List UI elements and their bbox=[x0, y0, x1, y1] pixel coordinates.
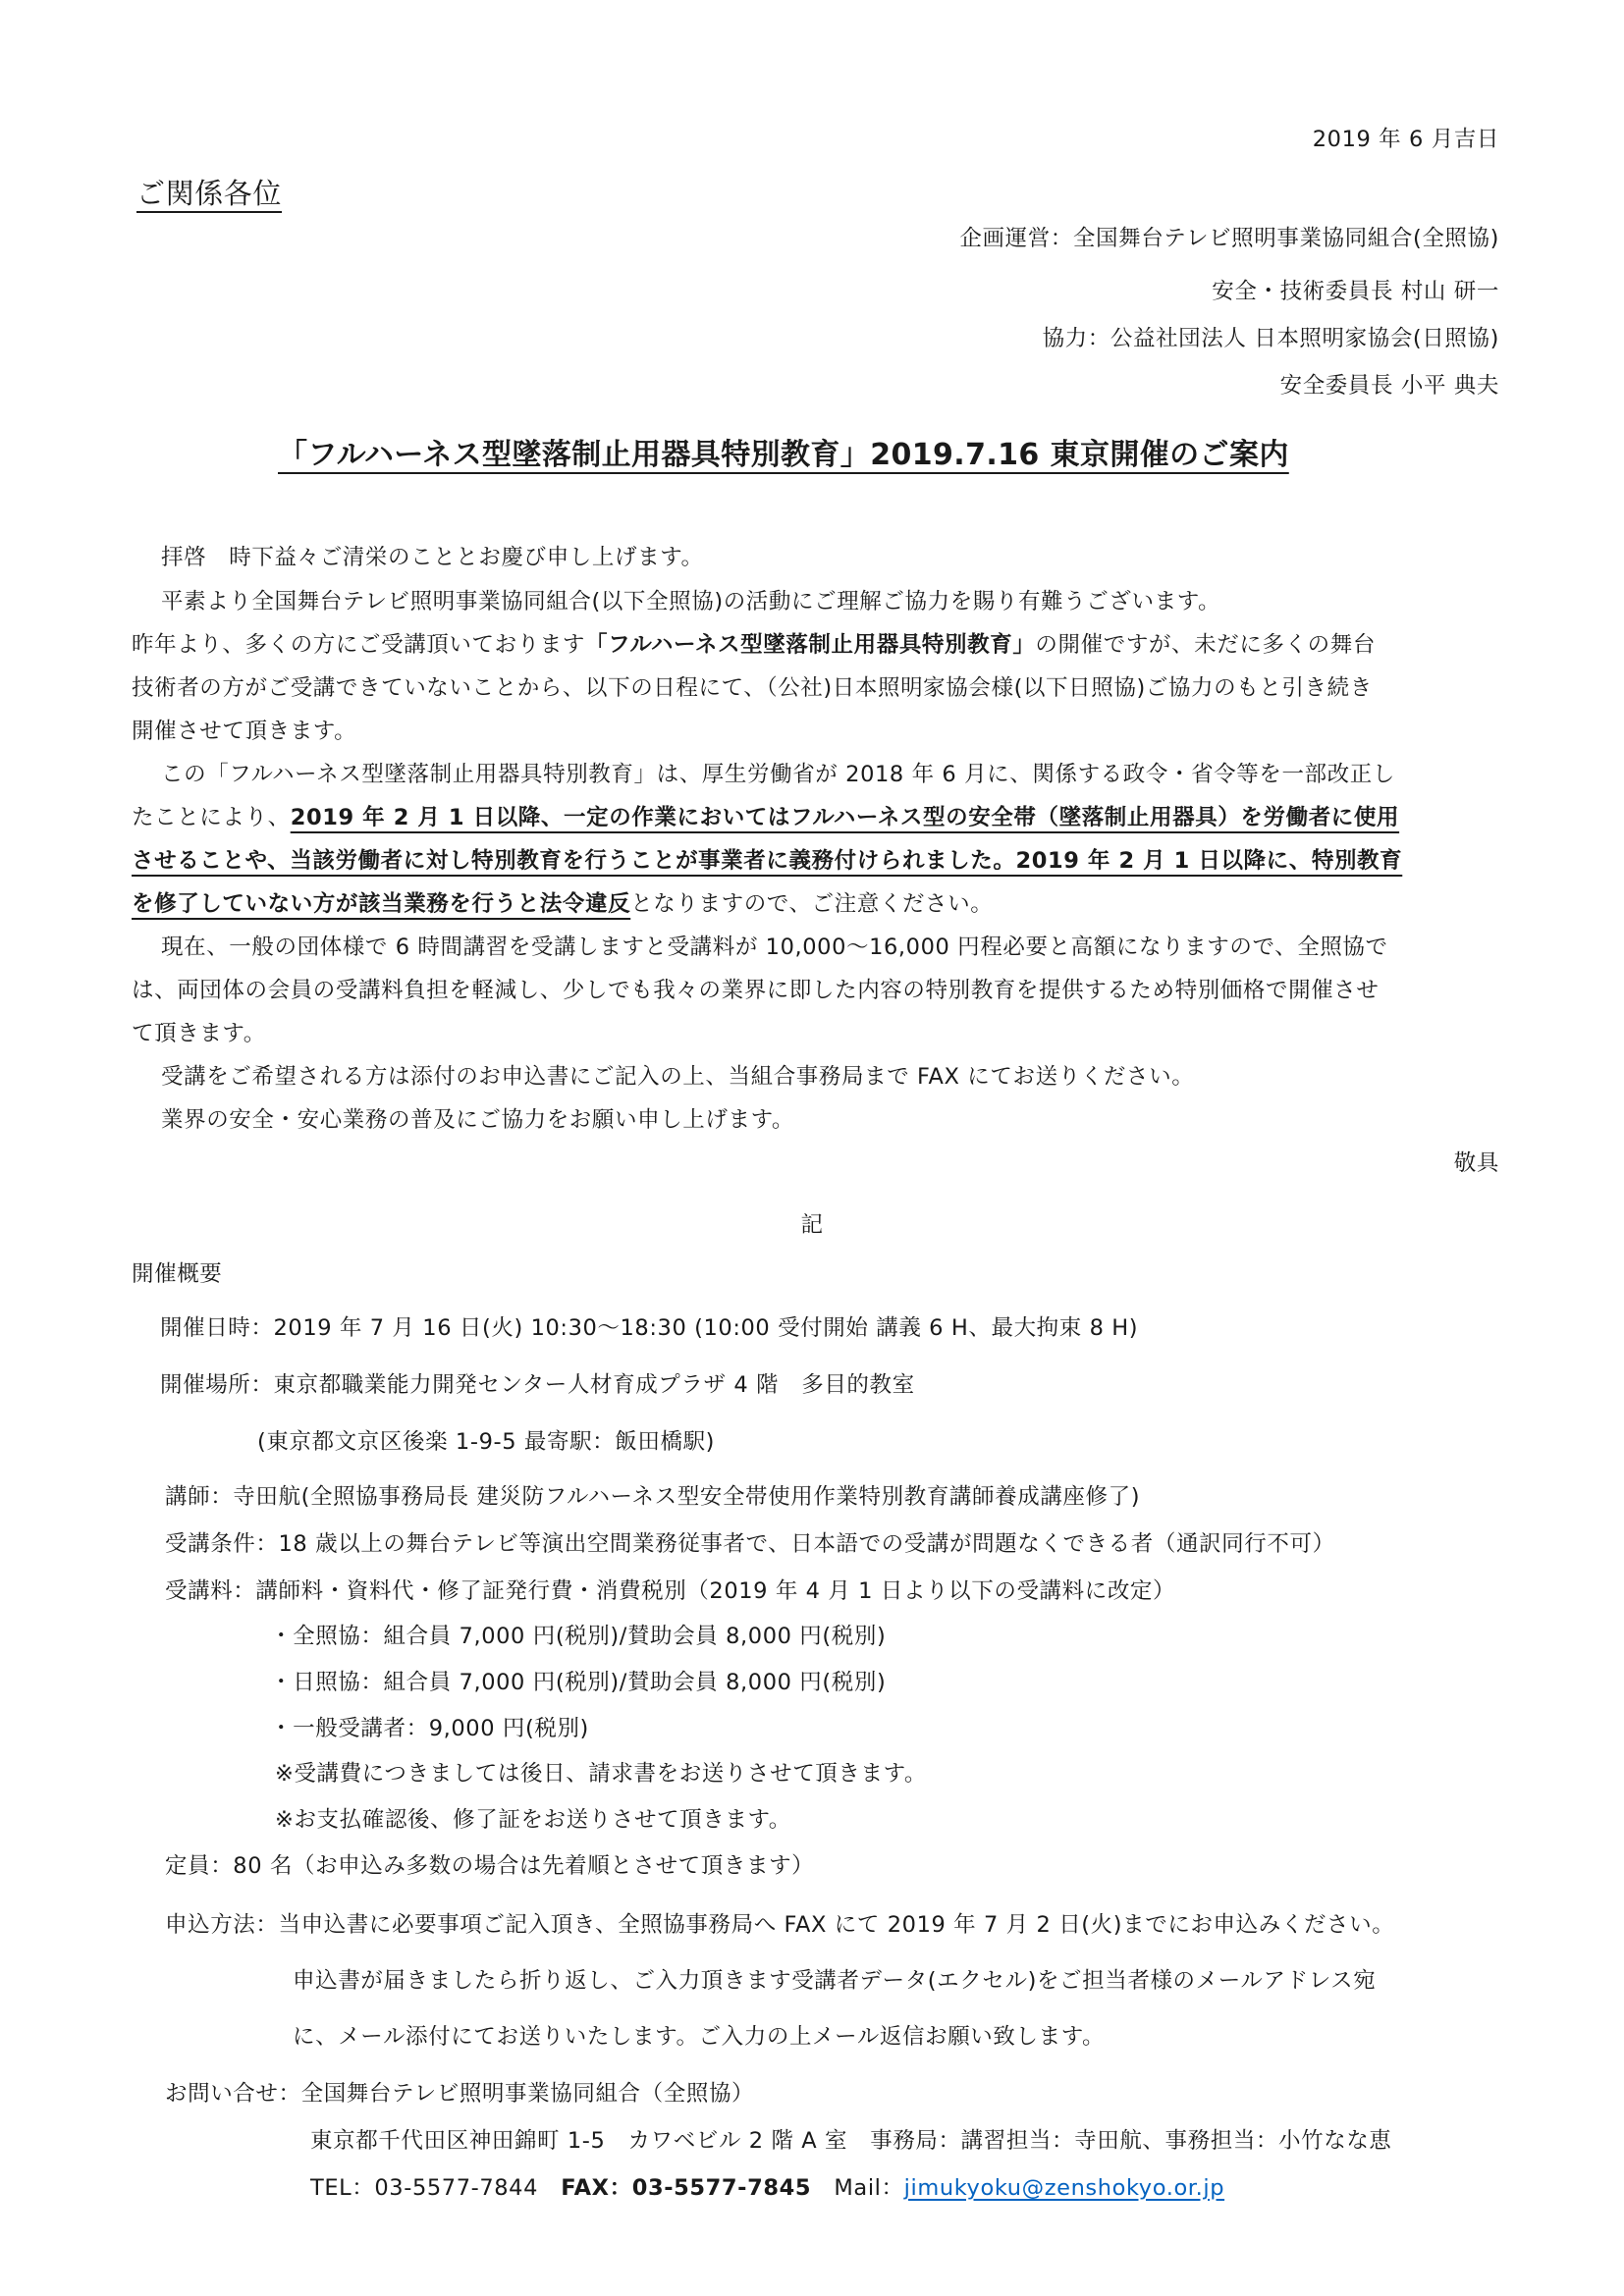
body-paragraph-line: させることや、当該労働者に対し特別教育を行うことが事業者に義務付けられました。2… bbox=[132, 846, 1496, 876]
organizer-line: 安全・技術委員長 村山 研一 bbox=[1212, 277, 1499, 306]
document-title: 「フルハーネス型墜落制止用器具特別教育」2019.7.16 東京開催のご案内 bbox=[278, 436, 1289, 475]
bold-course-name: 「フルハーネス型墜落制止用器具特別教育」 bbox=[585, 632, 1035, 658]
legal-notice-emphasis: させることや、当該労働者に対し特別教育を行うことが事業者に義務付けられました。2… bbox=[132, 848, 1402, 874]
cooperator-line: 安全委員長 小平 典夫 bbox=[1280, 371, 1499, 400]
event-requirements: 受講条件：18 歳以上の舞台テレビ等演出空間業務従事者で、日本語での受講が問題な… bbox=[165, 1529, 1335, 1559]
event-capacity: 定員：80 名（お申込み多数の場合は先着順とさせて頂きます） bbox=[165, 1851, 814, 1881]
body-paragraph-line: 開催させて頂きます。 bbox=[132, 717, 1496, 746]
addressee: ご関係各位 bbox=[136, 175, 282, 212]
fee-item: ・日照協：組合員 7,000 円(税別)/賛助会員 8,000 円(税別) bbox=[270, 1668, 886, 1697]
apply-method-line: に、メール添付にてお送りいたします。ご入力の上メール返信お願い致します。 bbox=[293, 2022, 1105, 2052]
closing: 敬具 bbox=[1454, 1148, 1499, 1178]
fee-item: ・全照協：組合員 7,000 円(税別)/賛助会員 8,000 円(税別) bbox=[270, 1622, 886, 1651]
legal-notice-emphasis: 2019 年 2 月 1 日以降、一定の作業においてはフルハーネス型の安全帯（墜… bbox=[291, 805, 1399, 830]
contact-address: 東京都千代田区神田錦町 1-5 カワベビル 2 階 A 室 事務局：講習担当：寺… bbox=[310, 2126, 1392, 2156]
apply-method: 申込方法：当申込書に必要事項ご記入頂き、全照協事務局へ FAX にて 2019 … bbox=[165, 1910, 1394, 1940]
contact-numbers: TEL：03-5577-7844 FAX：03-5577-7845 Mail：j… bbox=[310, 2173, 1224, 2203]
document-date: 2019 年 6 月吉日 bbox=[1313, 125, 1499, 154]
email-link[interactable]: jimukyoku@zenshokyo.or.jp bbox=[904, 2175, 1224, 2201]
body-paragraph: 昨年より、多くの方にご受講頂いております「フルハーネス型墜落制止用器具特別教育」… bbox=[132, 630, 1496, 660]
event-venue-address: (東京都文京区後楽 1-9-5 最寄駅：飯田橋駅) bbox=[257, 1427, 715, 1457]
ki-heading: 記 bbox=[0, 1210, 1624, 1240]
body-paragraph: 受講をご希望される方は添付のお申込書にご記入の上、当組合事務局まで FAX にて… bbox=[132, 1062, 1526, 1092]
text-span: となりますので、ご注意ください。 bbox=[630, 891, 993, 917]
event-venue: 開催場所：東京都職業能力開発センター人材育成プラザ 4 階 多目的教室 bbox=[160, 1370, 915, 1400]
overview-heading: 開催概要 bbox=[132, 1259, 222, 1289]
fee-note: ※受講費につきましては後日、請求書をお送りさせて頂きます。 bbox=[275, 1759, 927, 1789]
legal-notice-emphasis: を修了していない方が該当業務を行うと法令違反 bbox=[132, 891, 630, 917]
organizer-line: 企画運営：全国舞台テレビ照明事業協同組合(全照協) bbox=[959, 224, 1499, 253]
fee-item: ・一般受講者：9,000 円(税別) bbox=[270, 1714, 589, 1743]
mail-label: Mail： bbox=[834, 2175, 903, 2201]
body-paragraph: 業界の安全・安心業務の普及にご協力をお願い申し上げます。 bbox=[132, 1105, 1526, 1135]
body-paragraph-line: を修了していない方が該当業務を行うと法令違反となりますので、ご注意ください。 bbox=[132, 889, 1496, 919]
fax-number: FAX：03-5577-7845 bbox=[561, 2175, 811, 2201]
event-instructor: 講師：寺田航(全照協事務局長 建災防フルハーネス型安全帯使用作業特別教育講師養成… bbox=[165, 1482, 1140, 1512]
cooperator-line: 協力：公益社団法人 日本照明家協会(日照協) bbox=[1043, 324, 1499, 353]
tel-number: TEL：03-5577-7844 bbox=[310, 2175, 538, 2201]
body-paragraph-line: は、両団体の会員の受講料負担を軽減し、少しでも我々の業界に即した内容の特別教育を… bbox=[132, 976, 1496, 1005]
text-span: 昨年より、多くの方にご受講頂いております bbox=[132, 632, 585, 658]
apply-method-line: 申込書が届きましたら折り返し、ご入力頂きます受講者データ(エクセル)をご担当者様… bbox=[293, 1966, 1376, 1996]
body-paragraph-line: 技術者の方がご受講できていないことから、以下の日程にて、（公社)日本照明家協会様… bbox=[132, 673, 1496, 703]
document-page: 2019 年 6 月吉日 ご関係各位 企画運営：全国舞台テレビ照明事業協同組合(… bbox=[0, 0, 1624, 2296]
text-span: たことにより、 bbox=[132, 805, 291, 830]
body-paragraph: この「フルハーネス型墜落制止用器具特別教育」は、厚生労働省が 2018 年 6 … bbox=[132, 760, 1526, 789]
contact-heading: お問い合せ：全国舞台テレビ照明事業協同組合（全照協） bbox=[165, 2079, 754, 2109]
greeting: 拝啓 時下益々ご清栄のこととお慶び申し上げます。 bbox=[132, 543, 1526, 572]
fee-heading: 受講料：講師料・資料代・修了証発行費・消費税別（2019 年 4 月 1 日より… bbox=[165, 1576, 1175, 1606]
event-datetime: 開催日時：2019 年 7 月 16 日(火) 10:30～18:30 (10:… bbox=[160, 1313, 1138, 1343]
body-paragraph: 平素より全国舞台テレビ照明事業協同組合(以下全照協)の活動にご理解ご協力を賜り有… bbox=[132, 587, 1526, 616]
text-span: の開催ですが、未だに多くの舞台 bbox=[1035, 632, 1376, 658]
body-paragraph: 現在、一般の団体様で 6 時間講習を受講しますと受講料が 10,000～16,0… bbox=[132, 933, 1526, 962]
body-paragraph-line: て頂きます。 bbox=[132, 1019, 1496, 1048]
fee-note: ※お支払確認後、修了証をお送りさせて頂きます。 bbox=[275, 1805, 791, 1835]
body-paragraph-line: たことにより、2019 年 2 月 1 日以降、一定の作業においてはフルハーネス… bbox=[132, 803, 1496, 832]
